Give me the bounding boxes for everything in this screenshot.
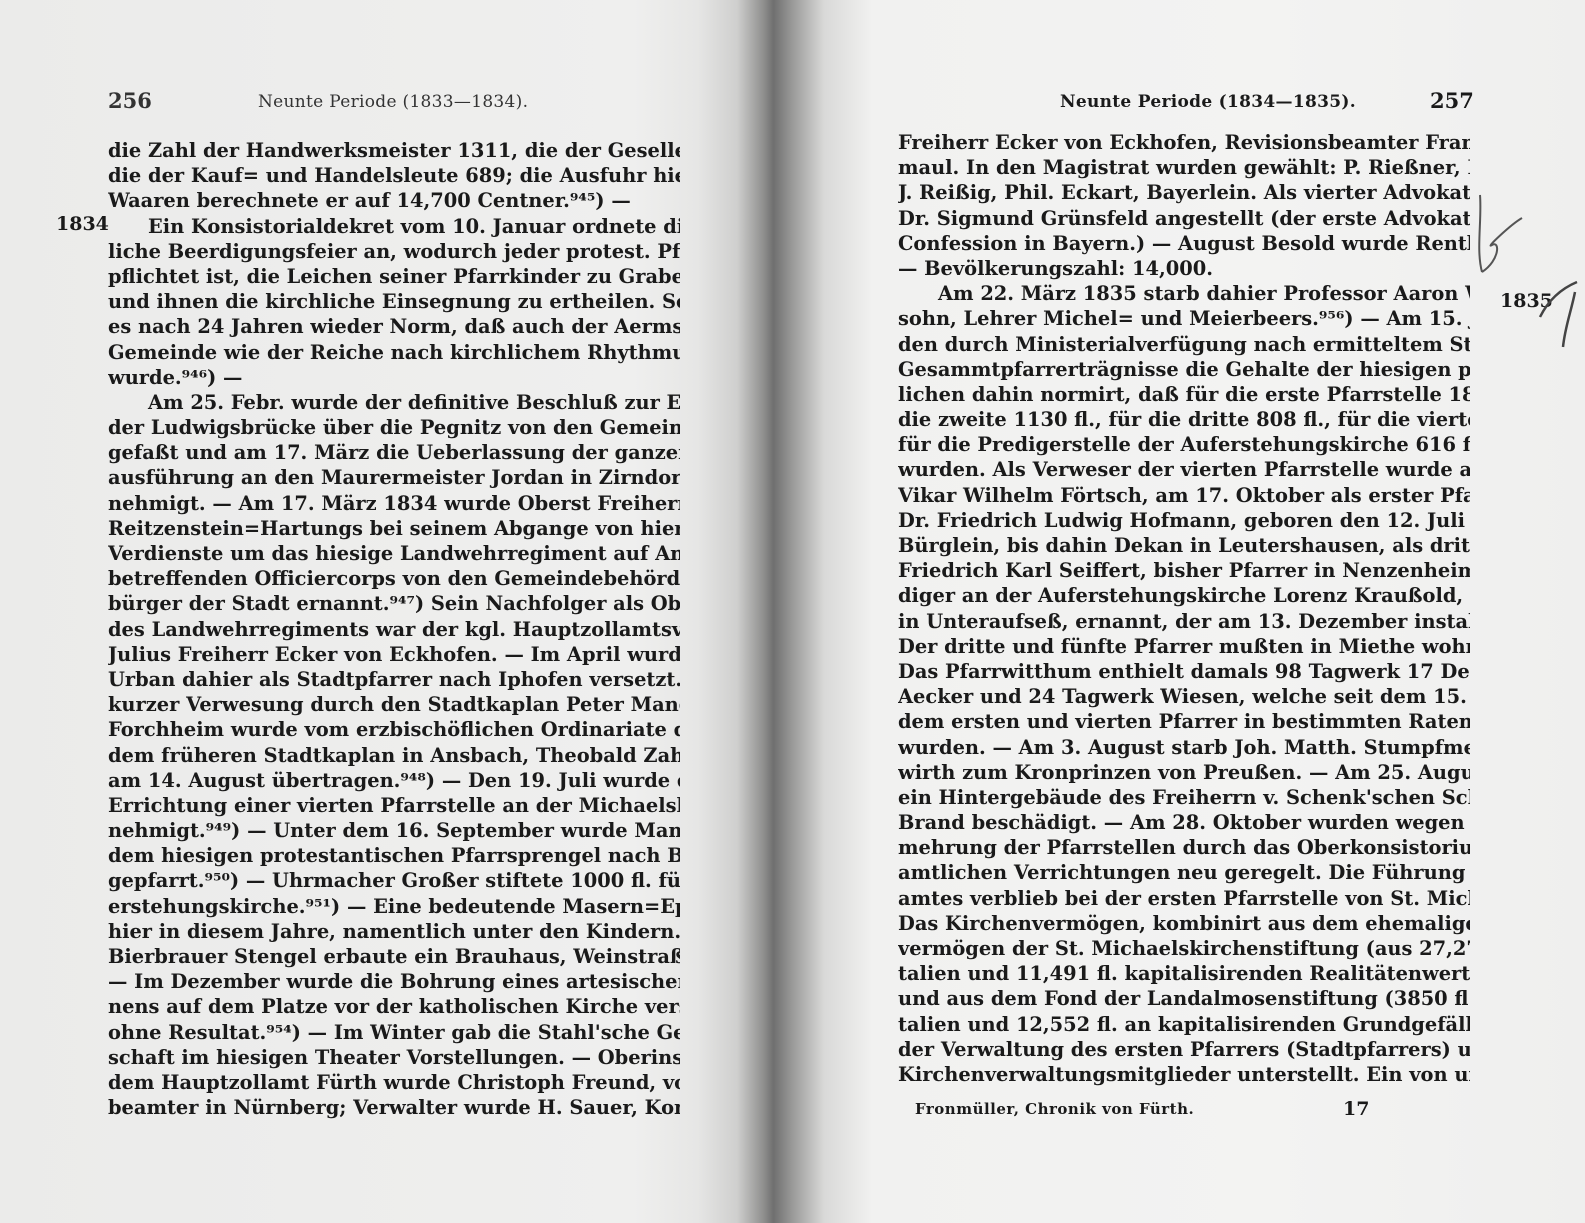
text-line: — Bevölkerungszahl: 14,000. (898, 256, 1470, 281)
text-line: Errichtung einer vierten Pfarrstelle an … (108, 793, 680, 818)
text-line: nens auf dem Platze vor der katholischen… (108, 994, 680, 1019)
text-line: erstehungskirche.⁹⁵¹) — Eine bedeutende … (108, 894, 680, 919)
text-line: betreffenden Officiercorps von den Gemei… (108, 566, 680, 591)
text-line: Am 25. Febr. wurde der definitive Beschl… (108, 390, 680, 415)
text-line: am 14. August übertragen.⁹⁴⁸) — Den 19. … (108, 768, 680, 793)
text-line: Aecker und 24 Tagwerk Wiesen, welche sei… (898, 684, 1470, 709)
text-line: Confession in Bayern.) — August Besold w… (898, 231, 1470, 256)
text-line: Julius Freiherr Ecker von Eckhofen. — Im… (108, 642, 680, 667)
text-line: Waaren berechnete er auf 14,700 Centner.… (108, 188, 680, 213)
running-head: Neunte Periode (1833—1834). (258, 92, 528, 112)
text-line: Gemeinde wie der Reiche nach kirchlichem… (108, 340, 680, 365)
text-line: maul. In den Magistrat wurden gewählt: P… (898, 155, 1470, 180)
text-line: Bürglein, bis dahin Dekan in Leutershaus… (898, 533, 1470, 558)
text-line: Kirchenverwaltungsmitglieder unterstellt… (898, 1062, 1470, 1087)
pencil-mark-icon (1535, 272, 1580, 352)
running-head: Neunte Periode (1834—1835). (1060, 92, 1356, 112)
text-line: nehmigt. — Am 17. März 1834 wurde Oberst… (108, 491, 680, 516)
text-line: Reitzenstein=Hartungs bei seinem Abgange… (108, 516, 680, 541)
text-line: dem hiesigen protestantischen Pfarrspren… (108, 843, 680, 868)
page-body: die Zahl der Handwerksmeister 1311, die … (108, 138, 680, 1120)
text-line: Ein Konsistorialdekret vom 10. Januar or… (108, 214, 680, 239)
text-line: mehrung der Pfarrstellen durch das Oberk… (898, 835, 1470, 860)
footer-signature: Fronmüller, Chronik von Fürth. (915, 1100, 1194, 1118)
text-line: es nach 24 Jahren wieder Norm, daß auch … (108, 314, 680, 339)
left-page: 256 Neunte Periode (1833—1834). 1834 die… (0, 0, 760, 1223)
page-body: Freiherr Ecker von Eckhofen, Revisionsbe… (898, 130, 1470, 1087)
text-line: Dr. Sigmund Grünsfeld angestellt (der er… (898, 206, 1470, 231)
text-line: in Unteraufseß, ernannt, der am 13. Deze… (898, 609, 1470, 634)
pencil-mark-icon (1470, 190, 1530, 280)
text-line: lichen dahin normirt, daß für die erste … (898, 382, 1470, 407)
text-line: pflichtet ist, die Leichen seiner Pfarrk… (108, 264, 680, 289)
text-line: wurden. — Am 3. August starb Joh. Matth.… (898, 735, 1470, 760)
text-line: kurzer Verwesung durch den Stadtkaplan P… (108, 692, 680, 717)
text-line: talien und 12,552 fl. an kapitalisirende… (898, 1012, 1470, 1037)
text-line: der Ludwigsbrücke über die Pegnitz von d… (108, 415, 680, 440)
text-line: für die Predigerstelle der Auferstehungs… (898, 432, 1470, 457)
text-line: und ihnen die kirchliche Einsegnung zu e… (108, 289, 680, 314)
text-line: Am 22. März 1835 starb dahier Professor … (898, 281, 1470, 306)
text-line: die Zahl der Handwerksmeister 1311, die … (108, 138, 680, 163)
text-line: Friedrich Karl Seiffert, bisher Pfarrer … (898, 558, 1470, 583)
text-line: dem Hauptzollamt Fürth wurde Christoph F… (108, 1070, 680, 1095)
text-line: Das Kirchenvermögen, kombinirt aus dem e… (898, 911, 1470, 936)
text-line: amtlichen Verrichtungen neu geregelt. Di… (898, 860, 1470, 885)
text-line: Gesammtpfarrerträgnisse die Gehalte der … (898, 357, 1470, 382)
page-number: 256 (108, 88, 152, 113)
text-line: beamter in Nürnberg; Verwalter wurde H. … (108, 1095, 680, 1120)
text-line: bürger der Stadt ernannt.⁹⁴⁷) Sein Nachf… (108, 591, 680, 616)
text-line: wurde.⁹⁴⁶) — (108, 365, 680, 390)
text-line: die zweite 1130 fl., für die dritte 808 … (898, 407, 1470, 432)
text-line: des Landwehrregiments war der kgl. Haupt… (108, 617, 680, 642)
text-line: gefaßt und am 17. März die Ueberlassung … (108, 440, 680, 465)
text-line: der Verwaltung des ersten Pfarrers (Stad… (898, 1037, 1470, 1062)
text-line: Vikar Wilhelm Förtsch, am 17. Oktober al… (898, 483, 1470, 508)
text-line: Bierbrauer Stengel erbaute ein Brauhaus,… (108, 944, 680, 969)
text-line: J. Reißig, Phil. Eckart, Bayerlein. Als … (898, 180, 1470, 205)
margin-year: 1834 (56, 213, 109, 235)
text-line: und aus dem Fond der Landalmosenstiftung… (898, 986, 1470, 1011)
text-line: ohne Resultat.⁹⁵⁴) — Im Winter gab die S… (108, 1020, 680, 1045)
text-line: — Im Dezember wurde die Bohrung eines ar… (108, 969, 680, 994)
text-line: ein Hintergebäude des Freiherrn v. Schen… (898, 785, 1470, 810)
book-spread: 256 Neunte Periode (1833—1834). 1834 die… (0, 0, 1585, 1223)
text-line: den durch Ministerialverfügung nach ermi… (898, 332, 1470, 357)
page-number: 257 (1430, 88, 1474, 113)
right-page: Neunte Periode (1834—1835). 257 1835 Fre… (790, 0, 1585, 1223)
text-line: hier in diesem Jahre, namentlich unter d… (108, 919, 680, 944)
text-line: Forchheim wurde vom erzbischöflichen Ord… (108, 717, 680, 742)
signature-number: 17 (1343, 1098, 1369, 1120)
text-line: Verdienste um das hiesige Landwehrregime… (108, 541, 680, 566)
text-line: Der dritte und fünfte Pfarrer mußten in … (898, 634, 1470, 659)
text-line: nehmigt.⁹⁴⁹) — Unter dem 16. September w… (108, 818, 680, 843)
text-line: talien und 11,491 fl. kapitalisirenden R… (898, 961, 1470, 986)
text-line: die der Kauf= und Handelsleute 689; die … (108, 163, 680, 188)
text-line: Dr. Friedrich Ludwig Hofmann, geboren de… (898, 508, 1470, 533)
text-line: wurden. Als Verweser der vierten Pfarrst… (898, 457, 1470, 482)
text-line: dem ersten und vierten Pfarrer in bestim… (898, 709, 1470, 734)
text-line: diger an der Auferstehungskirche Lorenz … (898, 583, 1470, 608)
text-line: Freiherr Ecker von Eckhofen, Revisionsbe… (898, 130, 1470, 155)
text-line: ausführung an den Maurermeister Jordan i… (108, 465, 680, 490)
text-line: wirth zum Kronprinzen von Preußen. — Am … (898, 760, 1470, 785)
text-line: Das Pfarrwitthum enthielt damals 98 Tagw… (898, 659, 1470, 684)
text-line: schaft im hiesigen Theater Vorstellungen… (108, 1045, 680, 1070)
text-line: Brand beschädigt. — Am 28. Oktober wurde… (898, 810, 1470, 835)
text-line: sohn, Lehrer Michel= und Meierbeers.⁹⁵⁶)… (898, 306, 1470, 331)
text-line: Urban dahier als Stadtpfarrer nach Iphof… (108, 667, 680, 692)
text-line: gepfarrt.⁹⁵⁰) — Uhrmacher Großer stiftet… (108, 868, 680, 893)
text-line: vermögen der St. Michaelskirchenstiftung… (898, 936, 1470, 961)
text-line: dem früheren Stadtkaplan in Ansbach, The… (108, 743, 680, 768)
text-line: amtes verblieb bei der ersten Pfarrstell… (898, 886, 1470, 911)
text-line: liche Beerdigungsfeier an, wodurch jeder… (108, 239, 680, 264)
